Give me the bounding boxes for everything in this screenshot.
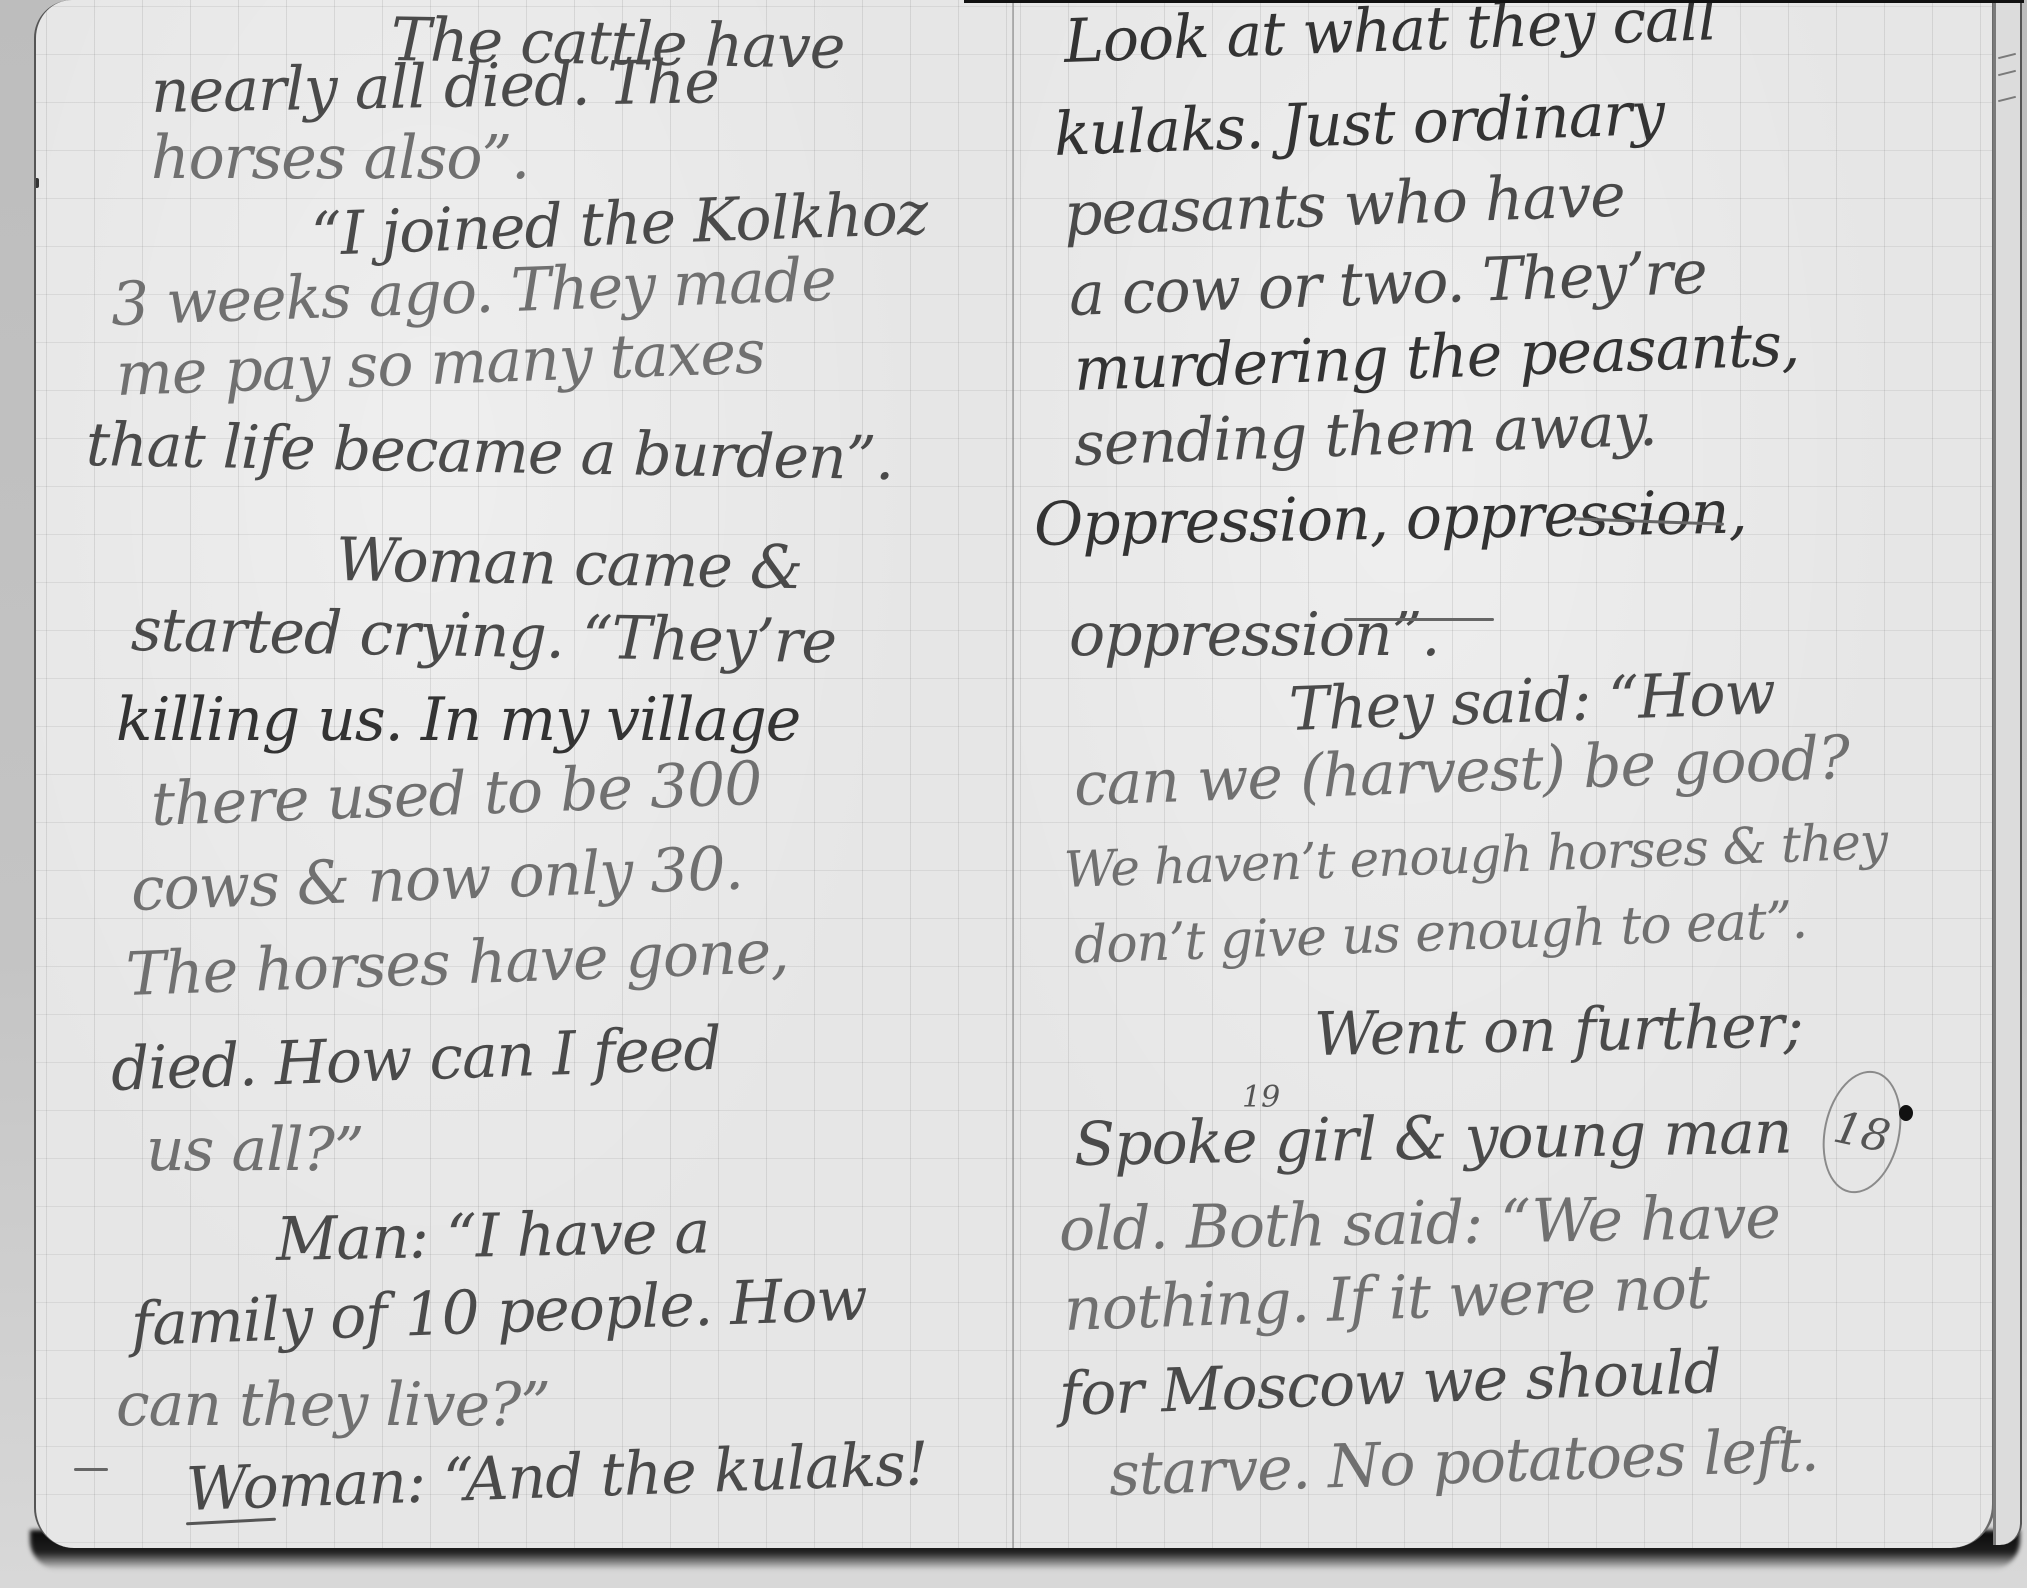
right-line-16: nothing. If it were not [1063,1257,1710,1339]
right-page-text: Look at what they call kulaks. Just ordi… [1014,0,1992,1548]
oppression-dash-2 [1344,618,1494,621]
left-line-18: can they live?” [116,1375,550,1435]
right-line-3: peasants who have [1063,165,1626,245]
left-line-7: that life became a burden”. [85,415,893,489]
right-line-6: sending them away. [1073,395,1658,475]
page-edge-tick [1998,53,2016,59]
right-line-13: Went on further; [1313,996,1803,1065]
right-line-14: Spoke girl & young man [1073,1102,1792,1175]
margin-mark-top [34,178,39,188]
left-line-19: Woman: “And the kulaks! [185,1434,929,1520]
page-edge-stack [1993,0,2022,1545]
left-page-text: The cattle have nearly all died. The hor… [36,0,1016,1548]
right-line-15: old. Both said: “We have [1058,1187,1780,1260]
page-edge-tick [1998,70,2016,76]
page-edge-tick [1998,96,2016,102]
left-line-9: started crying. “They’re [130,600,836,672]
left-line-10: killing us. In my village [116,690,800,750]
right-line-2: kulaks. Just ordinary [1053,84,1665,165]
right-line-5: murdering the peasants, [1073,315,1800,400]
left-line-2: nearly all died. The [150,52,719,122]
left-line-14: died. How can I feed [110,1019,722,1100]
right-page: Look at what they call kulaks. Just ordi… [1014,0,1995,1548]
left-line-16: Man: “I have a [275,1202,709,1270]
left-line-11: there used to be 300 [150,754,762,835]
left-line-17: family of 10 people. How [130,1269,868,1355]
right-line-4: a cow or two. They’re [1068,243,1708,325]
right-line-12: don’t give us enough to eat”. [1073,894,1808,972]
right-line-17: for Moscow we should [1058,1342,1722,1425]
ink-dot [1899,1105,1913,1121]
right-line-11: We haven’t enough horses & they [1063,816,1888,895]
left-page: The cattle have nearly all died. The hor… [34,0,1016,1548]
right-line-10: can we (harvest) be good? [1073,728,1850,815]
right-line-18: starve. No potatoes left. [1108,1420,1819,1505]
margin-dash [74,1468,108,1471]
notebook-scan: The cattle have nearly all died. The hor… [0,0,2027,1588]
circled-number: 18 [1812,1063,1912,1200]
left-line-8: Woman came & [335,530,802,598]
left-line-3: horses also”. [151,128,529,188]
right-line-1: Look at what they call [1063,0,1717,72]
right-line-8: oppression”. [1069,605,1439,665]
top-edge-bar [964,0,2024,3]
left-line-15: us all?” [146,1120,364,1180]
superscript-age: 19 [1242,1080,1280,1115]
left-line-13: The horses have gone, [125,922,789,1005]
left-line-12: cows & now only 30. [130,839,744,920]
